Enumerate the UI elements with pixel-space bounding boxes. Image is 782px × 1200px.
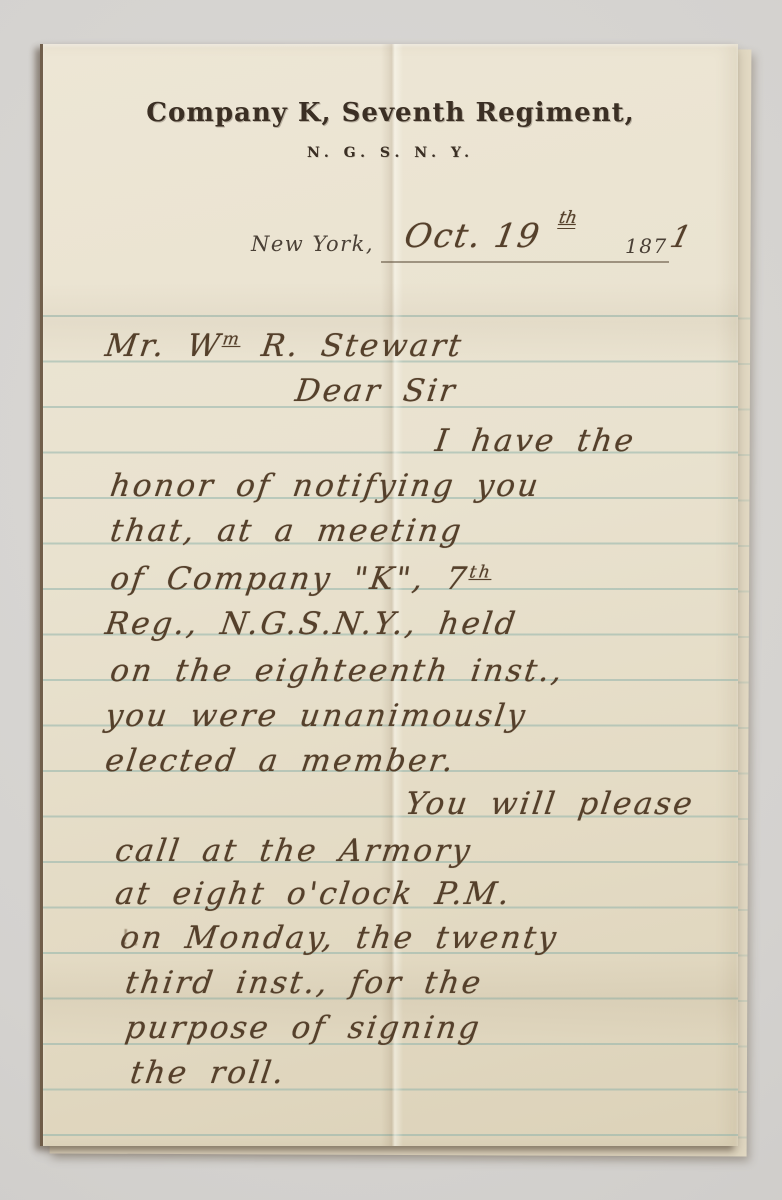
letterhead-title: Company K, Seventh Regiment, bbox=[43, 98, 738, 128]
handwritten-date-ordinal: th bbox=[557, 208, 578, 229]
line-text: of Company "K", 7 bbox=[108, 561, 471, 597]
line-text: I have the bbox=[433, 423, 638, 459]
dateline-year-printed: 187 bbox=[625, 234, 668, 258]
line-text: at eight o'clock P.M. bbox=[113, 876, 514, 912]
handwritten-line: Reg., N.G.S.N.Y., held bbox=[103, 606, 520, 642]
letter-paper: Company K, Seventh Regiment, N. G. S. N.… bbox=[40, 44, 738, 1146]
handwritten-date: Oct. 19 bbox=[402, 216, 545, 255]
handwritten-line: honor of notifying you bbox=[108, 468, 543, 504]
dateline-blank-rule bbox=[381, 261, 669, 263]
handwritten-line: at eight o'clock P.M. bbox=[113, 876, 514, 912]
line-text: call at the Armory bbox=[113, 833, 475, 869]
line-text: that, at a meeting bbox=[108, 513, 466, 549]
handwritten-line: I have the bbox=[433, 423, 638, 459]
line-text: Dear Sir bbox=[293, 373, 459, 409]
letterhead-subtitle: N. G. S. N. Y. bbox=[43, 145, 738, 161]
line-text: Mr. W bbox=[103, 328, 224, 364]
handwritten-line-addressee: Mr. Wm R. Stewart bbox=[103, 328, 466, 364]
handwritten-line: third inst., for the bbox=[123, 965, 485, 1001]
handwritten-line: purpose of signing bbox=[123, 1010, 484, 1046]
line-text: purpose of signing bbox=[123, 1010, 484, 1046]
handwritten-line: You will please bbox=[403, 786, 697, 822]
handwritten-line: that, at a meeting bbox=[108, 513, 466, 549]
handwritten-line: call at the Armory bbox=[113, 833, 475, 869]
line-text: third inst., for the bbox=[123, 965, 485, 1001]
handwritten-line: of Company "K", 7th bbox=[108, 561, 494, 597]
ink-blot-mark: !: bbox=[120, 925, 143, 950]
line-text: elected a member. bbox=[103, 743, 458, 779]
line-text: R. Stewart bbox=[238, 328, 466, 364]
photograph-background: Company K, Seventh Regiment, N. G. S. N.… bbox=[0, 0, 782, 1200]
line-text: you were unanimously bbox=[103, 698, 530, 734]
line-text: honor of notifying you bbox=[108, 468, 543, 504]
line-text: on Monday, the twenty bbox=[118, 920, 561, 956]
handwritten-line-salutation: Dear Sir bbox=[293, 373, 459, 409]
line-text: You will please bbox=[403, 786, 697, 822]
line-text: the roll. bbox=[128, 1055, 288, 1091]
dateline-city-label: New York, bbox=[251, 232, 374, 256]
handwritten-line: on the eighteenth inst., bbox=[108, 653, 567, 689]
line-text: Reg., N.G.S.N.Y., held bbox=[103, 606, 520, 642]
handwritten-year-digit: 1 bbox=[667, 220, 695, 255]
handwritten-line: on Monday, the twenty bbox=[118, 920, 561, 956]
line-superscript: th bbox=[468, 563, 494, 583]
handwritten-line: elected a member. bbox=[103, 743, 458, 779]
line-text: on the eighteenth inst., bbox=[108, 653, 567, 689]
handwritten-line: you were unanimously bbox=[103, 698, 530, 734]
handwritten-line: the roll. bbox=[128, 1055, 288, 1091]
